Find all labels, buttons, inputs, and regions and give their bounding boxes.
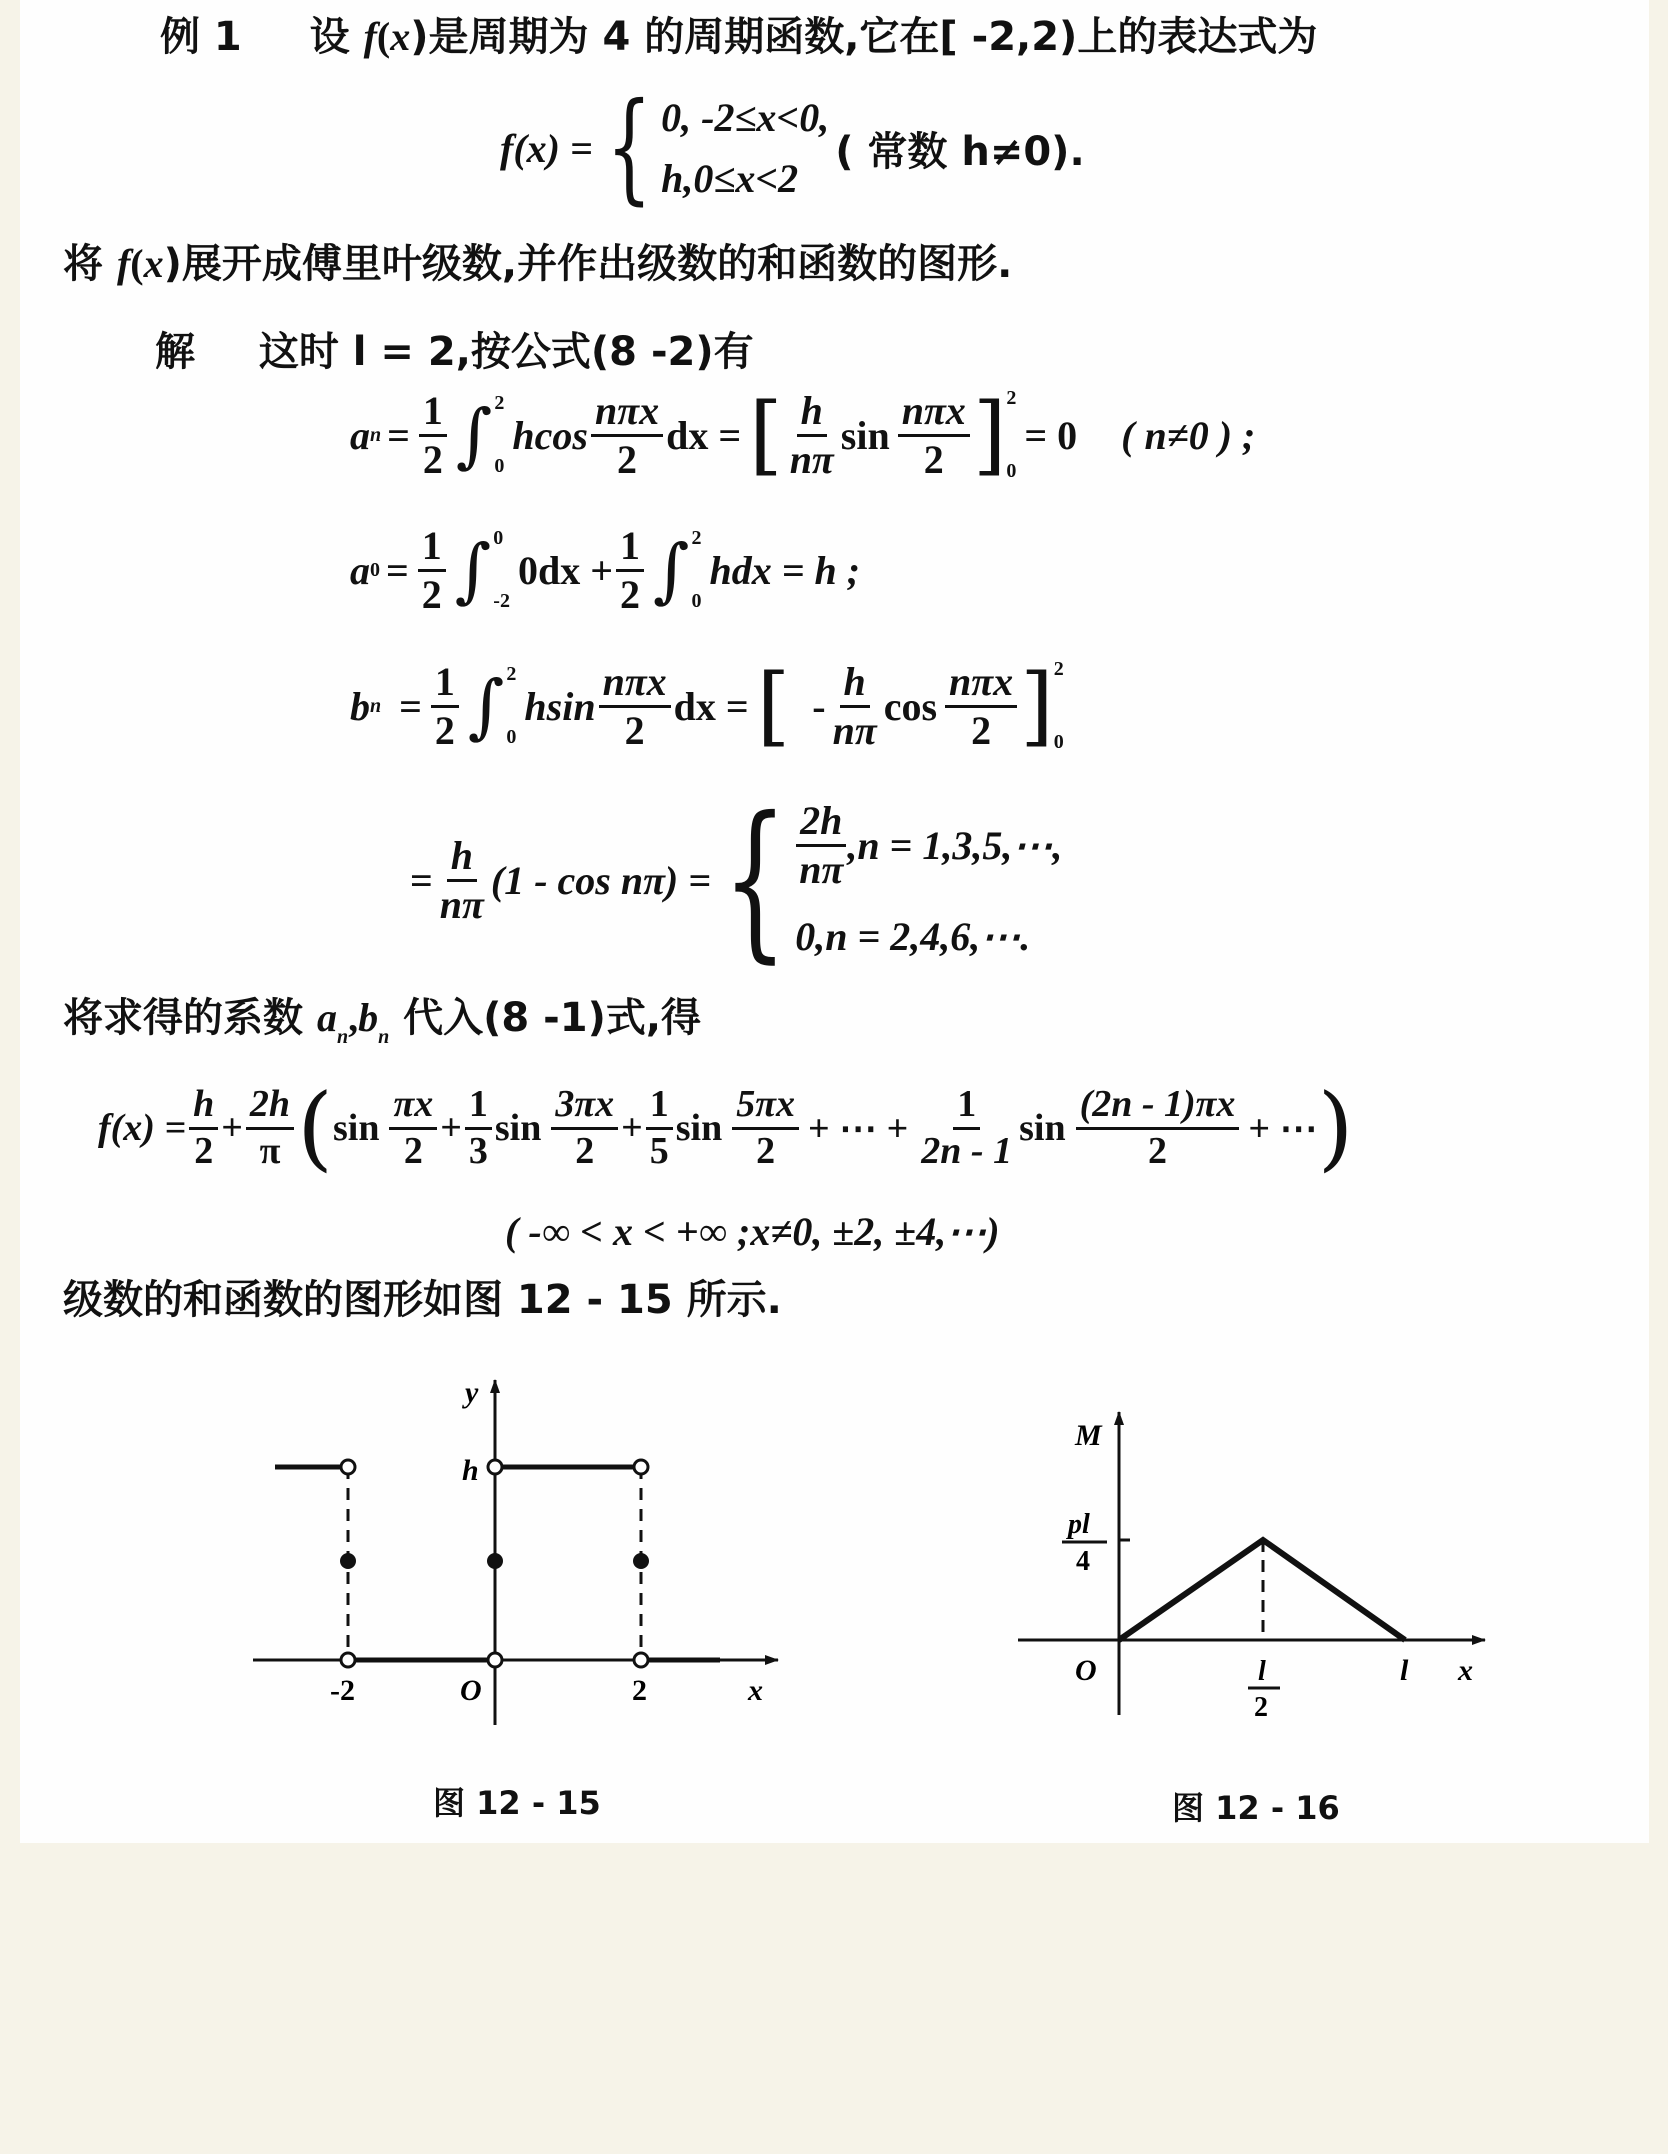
figure-12-15-caption: 图 12 - 15 <box>433 1778 601 1824</box>
figure-reference-text: 级数的和函数的图形如图 12 - 15 所示. <box>63 1280 782 1320</box>
figure-12-16-moment-diagram: M pl 4 O l 2 l x <box>1000 1395 1520 1730</box>
task-statement: 将 f(x)展开成傅里叶级数,并作出级数的和函数的图形. <box>63 244 1012 284</box>
integral-sign: ∫ <box>456 400 492 470</box>
cases: 0, -2≤x<0, h,0≤x<2 <box>661 94 829 202</box>
tick-2: 2 <box>632 1674 647 1707</box>
solution-intro: 解 这时 l = 2,按公式(8 -2)有 <box>155 332 754 372</box>
figure-12-15-square-wave: y h -2 O 2 x <box>240 1365 800 1745</box>
figure-12-16-caption: 图 12 - 16 <box>1172 1783 1340 1829</box>
formula-an: an = 12 ∫ 20 hcos nπx2 dx = [ hnπ sin nπ… <box>350 385 1255 485</box>
piecewise-definition: f(x) = { 0, -2≤x<0, h,0≤x<2 ( 常数 h≠0). <box>500 92 1085 204</box>
peak-numerator: pl <box>1066 1509 1090 1540</box>
peak-denominator: 4 <box>1076 1546 1090 1577</box>
example-statement: 例 1 设 f(x)是周期为 4 的周期函数,它在[ -2,2)上的表达式为 <box>160 17 1317 57</box>
solution-label: 解 <box>155 329 195 375</box>
integral-sign: ∫ <box>468 671 504 741</box>
mid-numerator: l <box>1258 1656 1266 1687</box>
formula-a0: a0 = 12 ∫ 0-2 0dx + 12 ∫ 20 hdx = h ; <box>350 520 860 620</box>
y-axis-label: y <box>462 1376 479 1409</box>
substitute-statement: 将求得的系数 an,bn 代入(8 -1)式,得 <box>63 998 701 1047</box>
formula-bn: bn = 12 ∫ 20 hsin nπx2 dx = [ - hnπ cos … <box>350 656 1072 756</box>
fourier-series-formula: f(x) = h2 + 2hπ ( sin πx2 + 13 sin 3πx2 … <box>98 1078 1353 1178</box>
x-axis-label: x <box>1457 1654 1473 1687</box>
integral-sign: ∫ <box>455 535 491 605</box>
integral-sign: ∫ <box>653 535 689 605</box>
formula-bn-result: = hnπ (1 - cos nπ) = { 2hnπ ,n = 1,3,5,⋯… <box>410 795 1062 965</box>
x-axis-label: x <box>747 1674 763 1707</box>
left-brace: { <box>723 795 788 965</box>
tick-neg2: -2 <box>330 1674 355 1707</box>
example-label: 例 1 <box>160 14 242 60</box>
origin-label: O <box>1075 1654 1097 1687</box>
m-axis-label: M <box>1074 1419 1103 1452</box>
h-level-label: h <box>462 1454 479 1487</box>
end-label: l <box>1400 1654 1409 1687</box>
mid-denominator: 2 <box>1254 1692 1268 1723</box>
origin-label: O <box>460 1674 482 1707</box>
series-domain: ( -∞ < x < +∞ ;x≠0, ±2, ±4,⋯) <box>505 1212 1000 1252</box>
left-brace: { <box>606 88 652 208</box>
